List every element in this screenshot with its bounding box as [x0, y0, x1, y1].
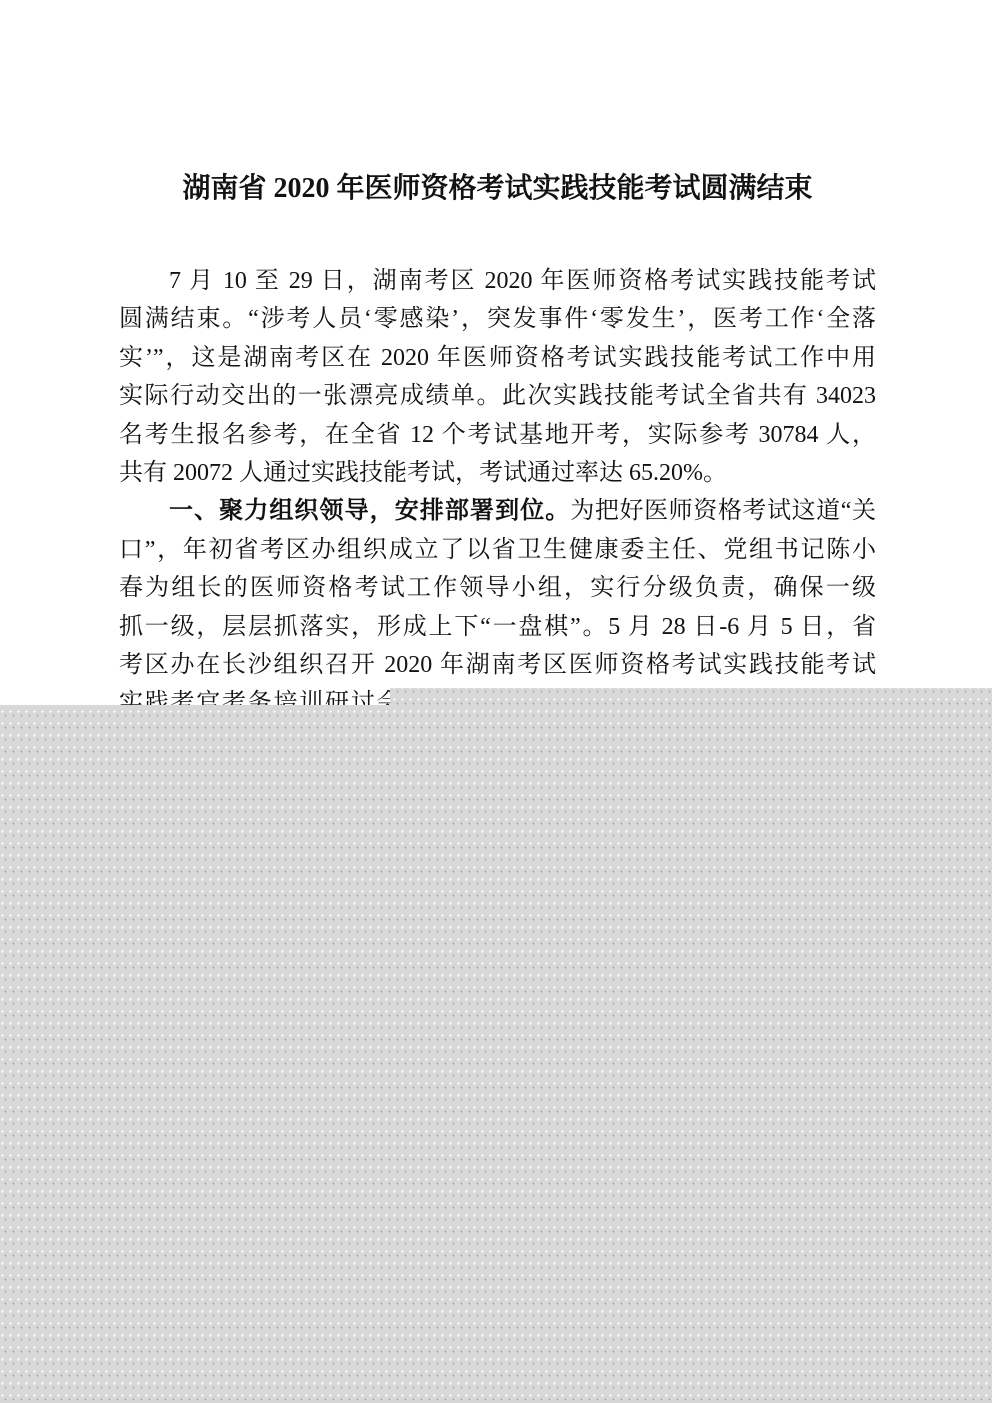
document-title: 湖南省 2020 年医师资格考试实践技能考试圆满结束 — [119, 170, 876, 208]
text-line: 实’”，这是湖南考区在 2020 年医师资格考试实践技能考试工作中用 — [119, 339, 876, 377]
text-line: 名考生报名参考，在全省 12 个考试基地开考，实际参考 30784 人， — [119, 416, 876, 454]
document-content: 湖南省 2020 年医师资格考试实践技能考试圆满结束 7 月 10 至 29 日… — [119, 170, 876, 723]
text-line: 7 月 10 至 29 日，湖南考区 2020 年医师资格考试实践技能考试 — [119, 262, 876, 300]
document-page: 湖南省 2020 年医师资格考试实践技能考试圆满结束 7 月 10 至 29 日… — [0, 0, 992, 1403]
paragraph-1: 7 月 10 至 29 日，湖南考区 2020 年医师资格考试实践技能考试 圆满… — [119, 262, 876, 492]
text-run: 为把好医师资格考试这道“关 — [570, 498, 876, 524]
text-line: 共有 20072 人通过实践技能考试，考试通过率达 65.20%。 — [119, 454, 876, 492]
text-line: 口”，年初省考区办组织成立了以省卫生健康委主任、党组书记陈小 — [119, 531, 876, 569]
text-line: 考区办在长沙组织召开 2020 年湖南考区医师资格考试实践技能考试 — [119, 646, 876, 684]
text-line: 一、聚力组织领导，安排部署到位。为把好医师资格考试这道“关 — [119, 492, 876, 530]
text-line: 抓一级，层层抓落实，形成上下“一盘棋”。5 月 28 日-6 月 5 日，省 — [119, 608, 876, 646]
text-line: 春为组长的医师资格考试工作领导小组，实行分级负责，确保一级 — [119, 569, 876, 607]
text-line: 实际行动交出的一张漂亮成绩单。此次实践技能考试全省共有 34023 — [119, 377, 876, 415]
section-heading: 一、聚力组织领导，安排部署到位。 — [169, 497, 570, 524]
text-line: 圆满结束。“涉考人员‘零感染’，突发事件‘零发生’，医考工作‘全落 — [119, 300, 876, 338]
